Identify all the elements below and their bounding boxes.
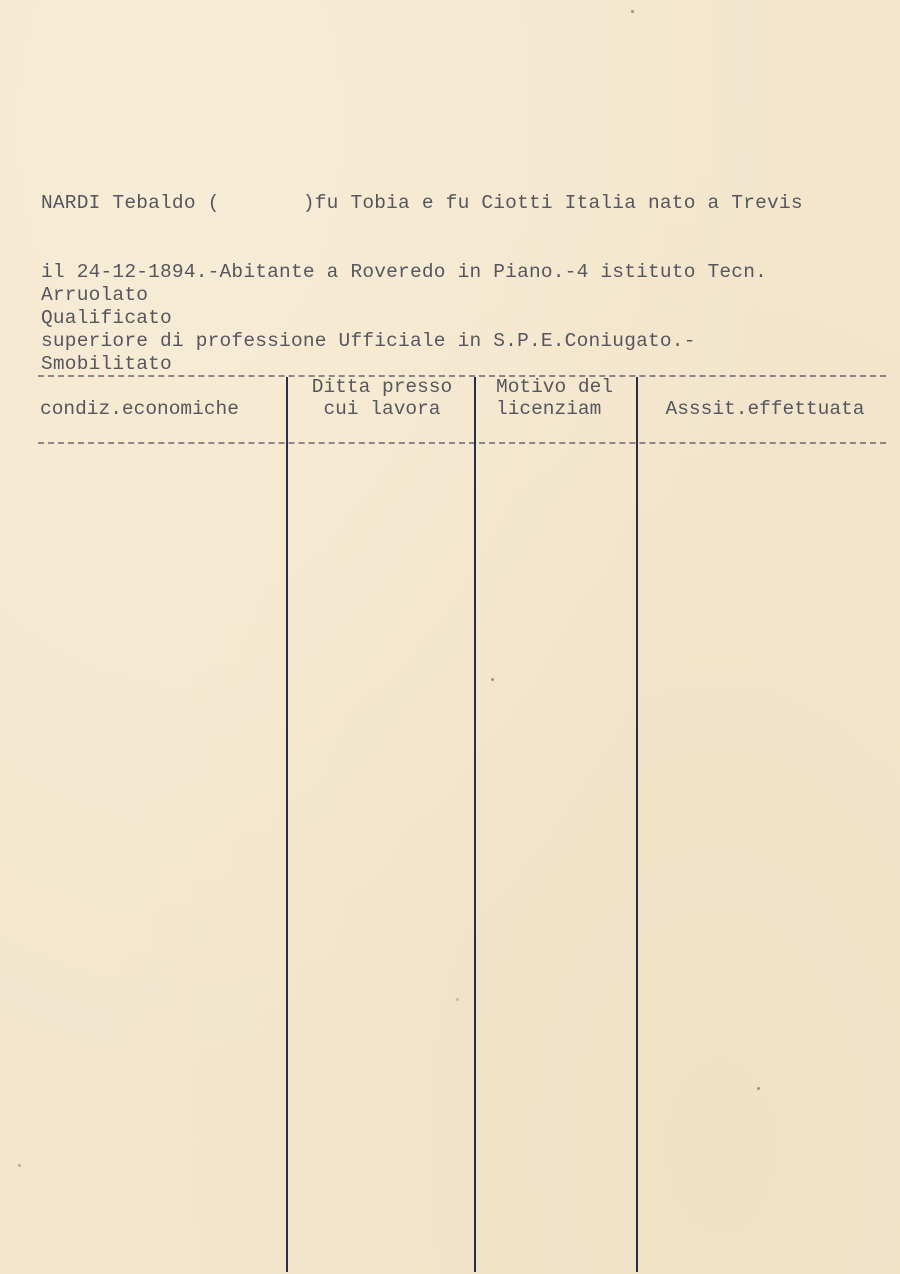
- column-divider-2: [474, 377, 476, 1272]
- status-enlisted: Arruolato: [41, 284, 172, 307]
- column-divider-3: [636, 377, 638, 1272]
- paper-speck: [18, 1164, 21, 1167]
- personal-details-line-1: NARDI Tebaldo ( )fu Tobia e fu Ciotti It…: [41, 192, 803, 215]
- table-header-bottom-rule: [38, 442, 886, 444]
- status-demobilized: Smobilitato: [41, 353, 172, 376]
- column-header-economic-conditions: condiz.economiche: [40, 398, 239, 420]
- column-header-dismissal-reason: Motivo del licenziam: [480, 376, 636, 420]
- paper-speck: [631, 10, 634, 13]
- column-divider-1: [286, 377, 288, 1272]
- qualification-label: Qualificato: [41, 307, 172, 330]
- column-header-assistance-provided: Asssit.effettuata: [640, 398, 890, 420]
- paper-speck: [491, 678, 494, 681]
- paper-speck: [757, 1087, 760, 1090]
- column-header-employer: Ditta presso cui lavora: [292, 376, 472, 420]
- paper-speck: [456, 998, 459, 1001]
